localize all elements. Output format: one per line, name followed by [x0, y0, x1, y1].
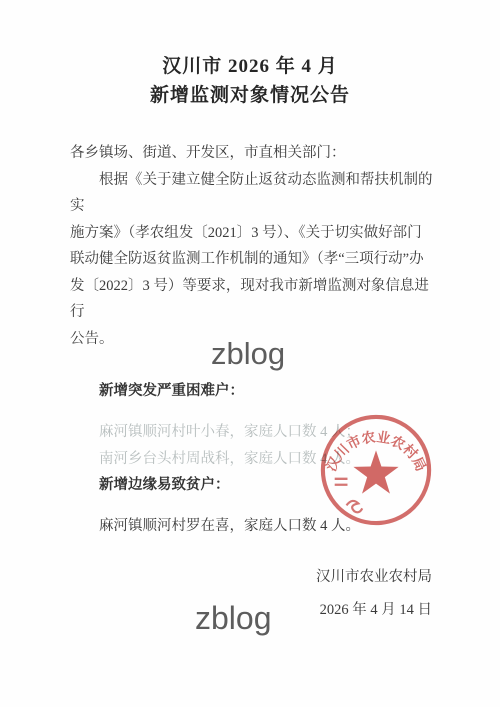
intro-line: 联动健全防返贫监测工作机制的通知》（孝“三项行动”办	[70, 246, 434, 273]
signature-block: 汉川市农业农村局 2026 年 4 月 14 日	[70, 562, 434, 625]
intro-line: 根据《关于建立健全防止返贫动态监测和帮扶机制的实	[70, 167, 434, 220]
title-line-2: 新增监测对象情况公告	[0, 81, 500, 110]
title-line-1: 汉川市 2026 年 4 月	[0, 52, 500, 81]
seal-scribble-bottom	[347, 501, 363, 512]
intro-line: 发〔2022〕3 号）等要求，现对我市新增监测对象信息进行	[70, 273, 434, 326]
section1-header: 新增突发严重困难户：	[70, 378, 434, 405]
document-body: 各乡镇场、街道、开发区，市直相关部门： 根据《关于建立健全防止返贫动态监测和帮扶…	[0, 110, 500, 625]
signature-organization: 汉川市农业农村局	[70, 562, 432, 592]
document-page: 汉川市 2026 年 4 月 新增监测对象情况公告 各乡镇场、街道、开发区，市直…	[0, 0, 500, 707]
salutation-line: 各乡镇场、街道、开发区，市直相关部门：	[70, 140, 434, 167]
seal-scribble-left	[335, 479, 348, 485]
intro-line: 施方案》（孝农组发〔2021〕3 号）、《关于切实做好部门	[70, 220, 434, 247]
intro-line: 公告。	[70, 326, 434, 353]
document-title: 汉川市 2026 年 4 月 新增监测对象情况公告	[0, 0, 500, 110]
official-red-seal: 汉川市农业农村局	[317, 411, 435, 529]
seal-star-icon	[353, 450, 398, 493]
signature-date: 2026 年 4 月 14 日	[70, 595, 432, 625]
